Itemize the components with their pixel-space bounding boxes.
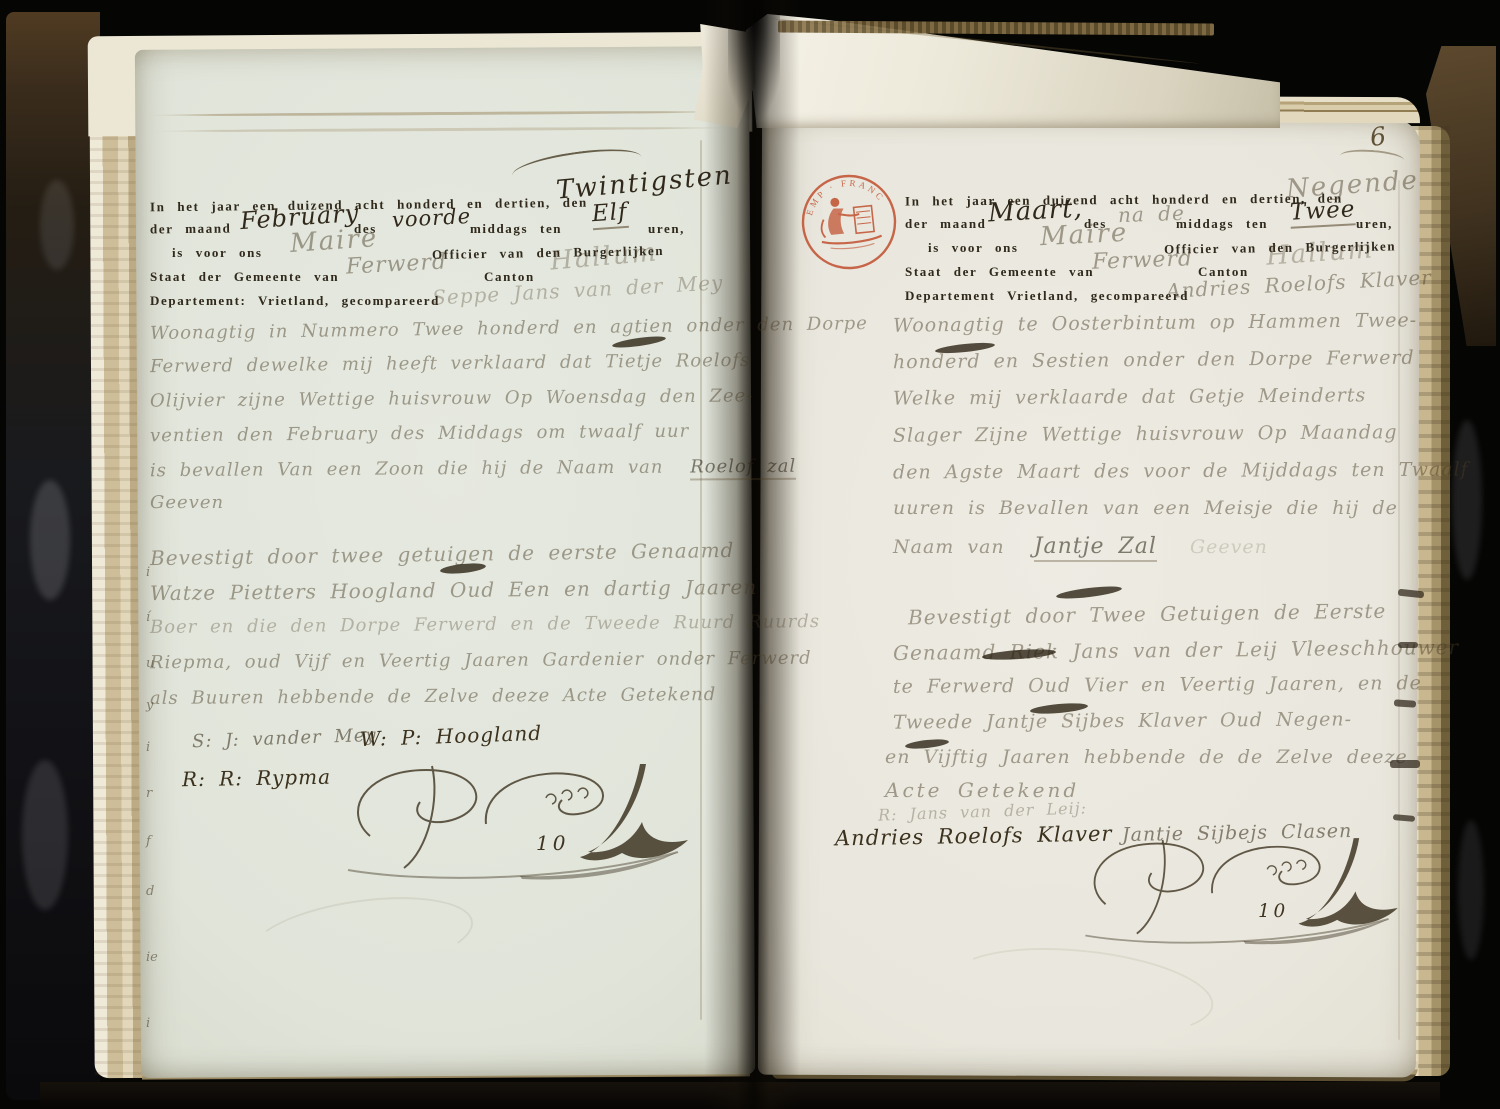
edge-bleed-mark: y [146,698,153,713]
marble-vein [1458,820,1484,960]
printed-form-line: uren, [1356,216,1393,232]
edge-bleed-mark: i [146,565,150,580]
printed-form-line: is voor ons [928,240,1019,256]
maire-signature-flourish: 10 [1078,830,1418,950]
handwritten-fill-hour: Elf [591,199,629,230]
marble-vein [40,180,74,270]
handwritten-line: Naam van Jantje Zal Geeven [893,534,1268,559]
signature-witness-2: R: R: Rypma [182,765,331,792]
line-text: Geeven [1190,536,1268,558]
handwritten-line: Acte Getekend [885,778,1079,802]
gutter-top-shadow [728,0,780,150]
page-crease [154,126,731,133]
child-name: Jantje Zal [1034,534,1157,562]
handwritten-line: uuren is Bevallen van een Meisje die hij… [893,497,1398,519]
handwritten-line: Tweede Jantje Sijbes Klaver Oud Negen- [893,708,1352,733]
edge-bleed-mark: í [146,610,150,625]
printed-form-line: Departement: Vrietland, gecompareerd [150,293,440,309]
book-cover-bottom [40,1082,1440,1109]
signature-declarant: Andries Roelofs Klaver [835,822,1113,851]
line-text: Naam van [893,536,1005,558]
handwritten-line: te Ferwerd Oud Vier en Veertig Jaaren, e… [893,672,1422,698]
printed-form-line: uren, [648,221,685,237]
edge-ink-dash [1394,699,1416,708]
printed-form-line: Departement Vrietland, gecompareerd [905,288,1189,304]
marble-vein [1452,420,1482,580]
child-name: Roelof zal [690,456,796,481]
stamp-ring-text: EMP · FRANC [801,174,888,218]
handwritten-fill-daypart: voorde [391,204,471,232]
handwritten-line: en Vijftig Jaaren hebbende de de Zelve d… [885,746,1408,768]
flourish-digits: 10 [1258,901,1289,922]
edge-ink-dash [1398,642,1418,648]
page-number: 6 [1368,121,1389,152]
edge-bleed-mark: i [146,1016,150,1031]
maire-signature-flourish: 10 [340,758,710,883]
handwritten-line: Geeven [150,492,224,513]
marble-vein [30,480,70,600]
printed-form-line: Staat der Gemeente van [905,264,1094,280]
handwritten-line: is bevallen Van een Zoon die hij de Naam… [150,456,796,482]
edge-bleed-mark: d [146,884,154,899]
printed-form-line: der maand [150,221,232,238]
printed-form-line: Staat der Gemeente van [150,269,339,285]
page-crease [148,110,731,117]
register-book-photo: EMP · FRANC 6 In het jaar een duizend ac… [0,0,1500,1109]
edge-bleed-mark: u [146,656,154,671]
marble-vein [22,760,68,910]
handwritten-fill-gemeente: Ferwerd [345,249,447,279]
handwritten-line: als Buuren hebbende de Zelve deeze Acte … [150,684,716,709]
printed-form-line: der maand [905,216,986,232]
edge-bleed-mark: f [146,834,151,849]
handwritten-line: Slager Zijne Wettige huisvrouw Op Maanda… [893,421,1398,447]
handwritten-fill-officer: Maire [1039,218,1129,253]
edge-bleed-mark: r [146,786,152,801]
printed-form-line: middags ten [1176,216,1268,232]
edge-bleed-mark: i [146,740,150,755]
handwritten-fill-hour: Twee [1289,196,1356,228]
handwritten-fill-gemeente: Ferwerd [1092,246,1194,275]
line-text: is bevallen Van een Zoon die hij de Naam… [150,457,664,482]
flourish-digits: 10 [536,831,569,855]
edge-bleed-mark: ie [146,950,158,965]
handwritten-line: den Agste Maart des voor de Mijddags ten… [893,458,1469,483]
handwritten-line: Welke mij verklaarde dat Getje Meinderts [893,384,1366,409]
red-fiscal-stamp: EMP · FRANC [790,163,909,282]
printed-form-line: is voor ons [172,245,263,261]
edge-ink-dash [1390,760,1420,768]
printed-form-line: middags ten [470,221,562,237]
svg-text:EMP · FRANC: EMP · FRANC [801,174,888,218]
